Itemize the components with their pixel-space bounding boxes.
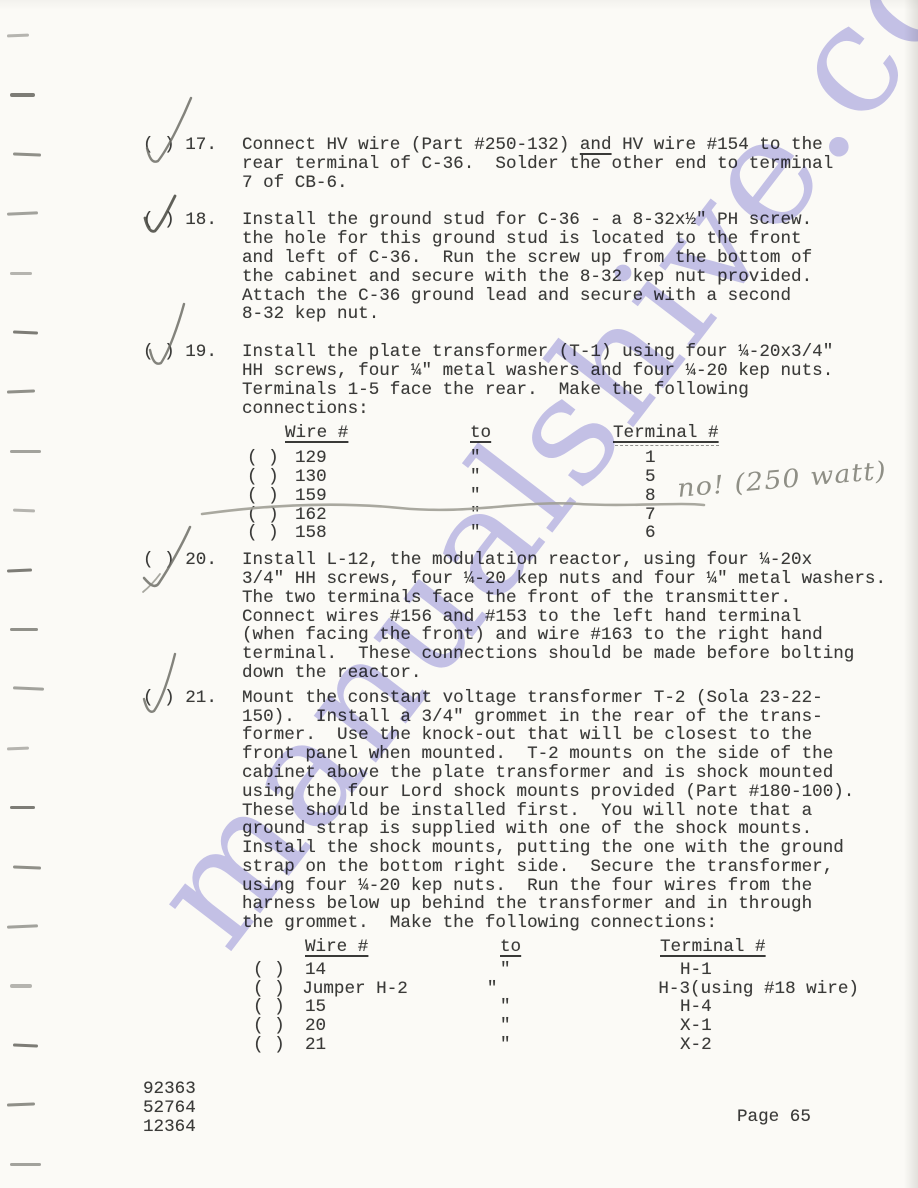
table-row: ( )15"H-4 <box>253 998 859 1017</box>
page-number: Page 65 <box>737 1107 811 1127</box>
text-line: front panel when mounted. T-2 mounts on … <box>242 745 859 764</box>
text-line: HH screws, four ¼" metal washers and fou… <box>242 362 859 381</box>
ditto-mark: " <box>470 506 613 525</box>
wire-number: 162 <box>295 506 470 525</box>
text-line: Connect wires #156 and #153 to the left … <box>242 608 886 627</box>
terminal-number: H-1 <box>660 961 712 980</box>
step-19: ( ) 19.Install the plate transformer (T-… <box>143 343 859 418</box>
step-21-text: Mount the constant voltage transformer T… <box>242 689 859 933</box>
text-line: Install the ground stud for C-36 - a 8-3… <box>242 211 859 230</box>
binding-hole-mark <box>13 152 41 156</box>
table-row: ( )14"H-1 <box>253 961 859 980</box>
row-checkbox: ( ) <box>253 1017 305 1036</box>
footer-code: 12364 <box>143 1118 196 1137</box>
step-21: ( ) 21.Mount the constant voltage transf… <box>143 689 859 933</box>
text-line: rear terminal of C-36. Solder the other … <box>242 155 859 174</box>
table-row: ( )162"7 <box>247 506 859 525</box>
binding-hole-mark <box>10 93 35 96</box>
text-line: 7 of CB-6. <box>242 174 859 193</box>
text-line: Mount the constant voltage transformer T… <box>242 689 859 708</box>
binding-hole-mark <box>7 390 35 394</box>
terminal-number: 8 <box>613 487 656 506</box>
text-line: 150). Install a 3/4" grommet in the rear… <box>242 708 859 727</box>
binding-hole-mark <box>7 568 32 572</box>
text-line: These should be installed first. You wil… <box>242 802 859 821</box>
ditto-mark: " <box>500 1017 660 1036</box>
text-line: The two terminals face the front of the … <box>242 589 886 608</box>
row-checkbox: ( ) <box>247 524 295 543</box>
text-line: the grommet. Make the following connecti… <box>242 914 859 933</box>
wire-number: 14 <box>305 961 500 980</box>
row-checkbox: ( ) <box>247 487 295 506</box>
footer-codes: 923635276412364 <box>143 1080 196 1136</box>
row-checkbox: ( ) <box>253 980 302 999</box>
text-line: terminal. These connections should be ma… <box>242 645 886 664</box>
text-line: (when facing the front) and wire #163 to… <box>242 626 886 645</box>
binding-hole-mark <box>13 1043 38 1047</box>
footer-code: 92363 <box>143 1080 196 1099</box>
ditto-mark: " <box>470 524 613 543</box>
text-line: down the reactor. <box>242 664 886 683</box>
step-20: ( ) 20.Install L-12, the modulation reac… <box>143 551 859 683</box>
ditto-mark: " <box>470 487 613 506</box>
terminal-number: X-2 <box>660 1036 712 1055</box>
terminal-number: 7 <box>613 506 656 525</box>
binding-hole-mark <box>7 1103 35 1107</box>
binding-hole-mark <box>7 924 38 929</box>
binding-hole-mark <box>13 687 44 692</box>
ditto-mark: " <box>470 468 613 487</box>
table-header-row: Wire #toTerminal # <box>285 424 859 443</box>
binding-hole-mark <box>10 1163 41 1166</box>
text-line: cabinet above the plate transformer and … <box>242 764 859 783</box>
text-segment: Connect HV wire (Part #250-132) <box>242 135 580 155</box>
text-line: using the four Lord shock mounts provide… <box>242 783 859 802</box>
step-20-text: Install L-12, the modulation reactor, us… <box>242 551 886 683</box>
binding-hole-mark <box>7 34 29 38</box>
row-checkbox: ( ) <box>247 468 295 487</box>
terminal-number: H-3(using #18 wire) <box>638 980 859 999</box>
terminal-number: 5 <box>613 468 656 487</box>
row-checkbox: ( ) <box>253 1036 305 1055</box>
wire-number: 21 <box>305 1036 500 1055</box>
wire-number: 130 <box>295 468 470 487</box>
binding-hole-mark <box>10 984 32 987</box>
instruction-steps: ( ) 17.Connect HV wire (Part #250-132) a… <box>143 136 859 1055</box>
text-line: connections: <box>242 400 859 419</box>
step-18-text: Install the ground stud for C-36 - a 8-3… <box>242 211 859 324</box>
text-line: 3/4" HH screws, four ¼-20 kep nuts and f… <box>242 570 886 589</box>
wire-number: 159 <box>295 487 470 506</box>
wire-number: Jumper H-2 <box>302 980 487 999</box>
binding-hole-mark <box>13 865 41 869</box>
terminal-number: X-1 <box>660 1017 712 1036</box>
text-line: Install the plate transformer (T-1) usin… <box>242 343 859 362</box>
table-row: ( )21"X-2 <box>253 1036 859 1055</box>
binding-hole-mark <box>7 212 38 217</box>
text-line: strap on the bottom right side. Secure t… <box>242 858 859 877</box>
binding-hole-mark <box>10 272 32 275</box>
ditto-mark: " <box>500 1036 660 1055</box>
table-row: ( )20"X-1 <box>253 1017 859 1036</box>
text-line: using four ¼-20 kep nuts. Run the four w… <box>242 877 859 896</box>
scanned-manual-page: manualshive.com ( ) 17.Connect HV wire (… <box>0 0 918 1188</box>
binding-hole-mark <box>13 330 38 334</box>
terminal-number: 1 <box>613 449 656 468</box>
text-line: Connect HV wire (Part #250-132) and HV w… <box>242 136 859 155</box>
ditto-mark: " <box>487 980 639 999</box>
step-17-checkbox-and-number: ( ) 17. <box>143 136 242 192</box>
text-line: the cabinet and secure with the 8-32 kep… <box>242 268 859 287</box>
step-19-text: Install the plate transformer (T-1) usin… <box>242 343 859 418</box>
text-line: and left of C-36. Run the screw up from … <box>242 249 859 268</box>
binding-hole-mark <box>10 806 35 809</box>
text-line: Terminals 1-5 face the rear. Make the fo… <box>242 381 859 400</box>
text-line: former. Use the knock-out that will be c… <box>242 726 859 745</box>
wire-number: 129 <box>295 449 470 468</box>
text-line: Install the shock mounts, putting the on… <box>242 839 859 858</box>
binding-hole-mark <box>10 628 38 631</box>
table-row: ( )Jumper H-2"H-3(using #18 wire) <box>253 980 859 999</box>
column-header: Wire # <box>305 938 500 957</box>
wire-number: 158 <box>295 524 470 543</box>
row-checkbox: ( ) <box>247 449 295 468</box>
binding-hole-mark <box>13 509 35 513</box>
wire-number: 15 <box>305 998 500 1017</box>
text-segment: HV wire #154 to the <box>612 135 823 155</box>
wire-number: 20 <box>305 1017 500 1036</box>
row-checkbox: ( ) <box>253 998 305 1017</box>
text-line: Attach the C-36 ground lead and secure w… <box>242 287 859 306</box>
step-21-checkbox-and-number: ( ) 21. <box>143 689 242 933</box>
wire-connection-table-2: Wire #toTerminal #( )14"H-1( )Jumper H-2… <box>253 938 859 1055</box>
ditto-mark: " <box>500 961 660 980</box>
table-row: ( )158"6 <box>247 524 859 543</box>
row-checkbox: ( ) <box>253 961 305 980</box>
step-20-checkbox-and-number: ( ) 20. <box>143 551 242 683</box>
text-line: Install L-12, the modulation reactor, us… <box>242 551 886 570</box>
binding-hole-mark <box>10 450 41 453</box>
column-header: Terminal # <box>660 938 766 957</box>
column-header: Terminal # <box>613 424 719 443</box>
text-line: 8-32 kep nut. <box>242 305 859 324</box>
step-17: ( ) 17.Connect HV wire (Part #250-132) a… <box>143 136 859 192</box>
column-header: to <box>500 938 660 957</box>
terminal-number: 6 <box>613 524 656 543</box>
step-18-checkbox-and-number: ( ) 18. <box>143 211 242 324</box>
terminal-number: H-4 <box>660 998 712 1017</box>
step-19-checkbox-and-number: ( ) 19. <box>143 343 242 418</box>
binding-hole-mark <box>7 746 29 750</box>
underlined-word: and <box>580 135 612 155</box>
text-line: ground strap is supplied with one of the… <box>242 820 859 839</box>
column-header: Wire # <box>285 424 470 443</box>
step-18: ( ) 18.Install the ground stud for C-36 … <box>143 211 859 324</box>
ditto-mark: " <box>500 998 660 1017</box>
step-17-text: Connect HV wire (Part #250-132) and HV w… <box>242 136 859 192</box>
ditto-mark: " <box>470 449 613 468</box>
text-line: harness below up behind the transformer … <box>242 895 859 914</box>
column-header: to <box>470 424 613 443</box>
text-line: the hole for this ground stud is located… <box>242 230 859 249</box>
table-header-row: Wire #toTerminal # <box>305 938 859 957</box>
footer-code: 52764 <box>143 1099 196 1118</box>
row-checkbox: ( ) <box>247 506 295 525</box>
